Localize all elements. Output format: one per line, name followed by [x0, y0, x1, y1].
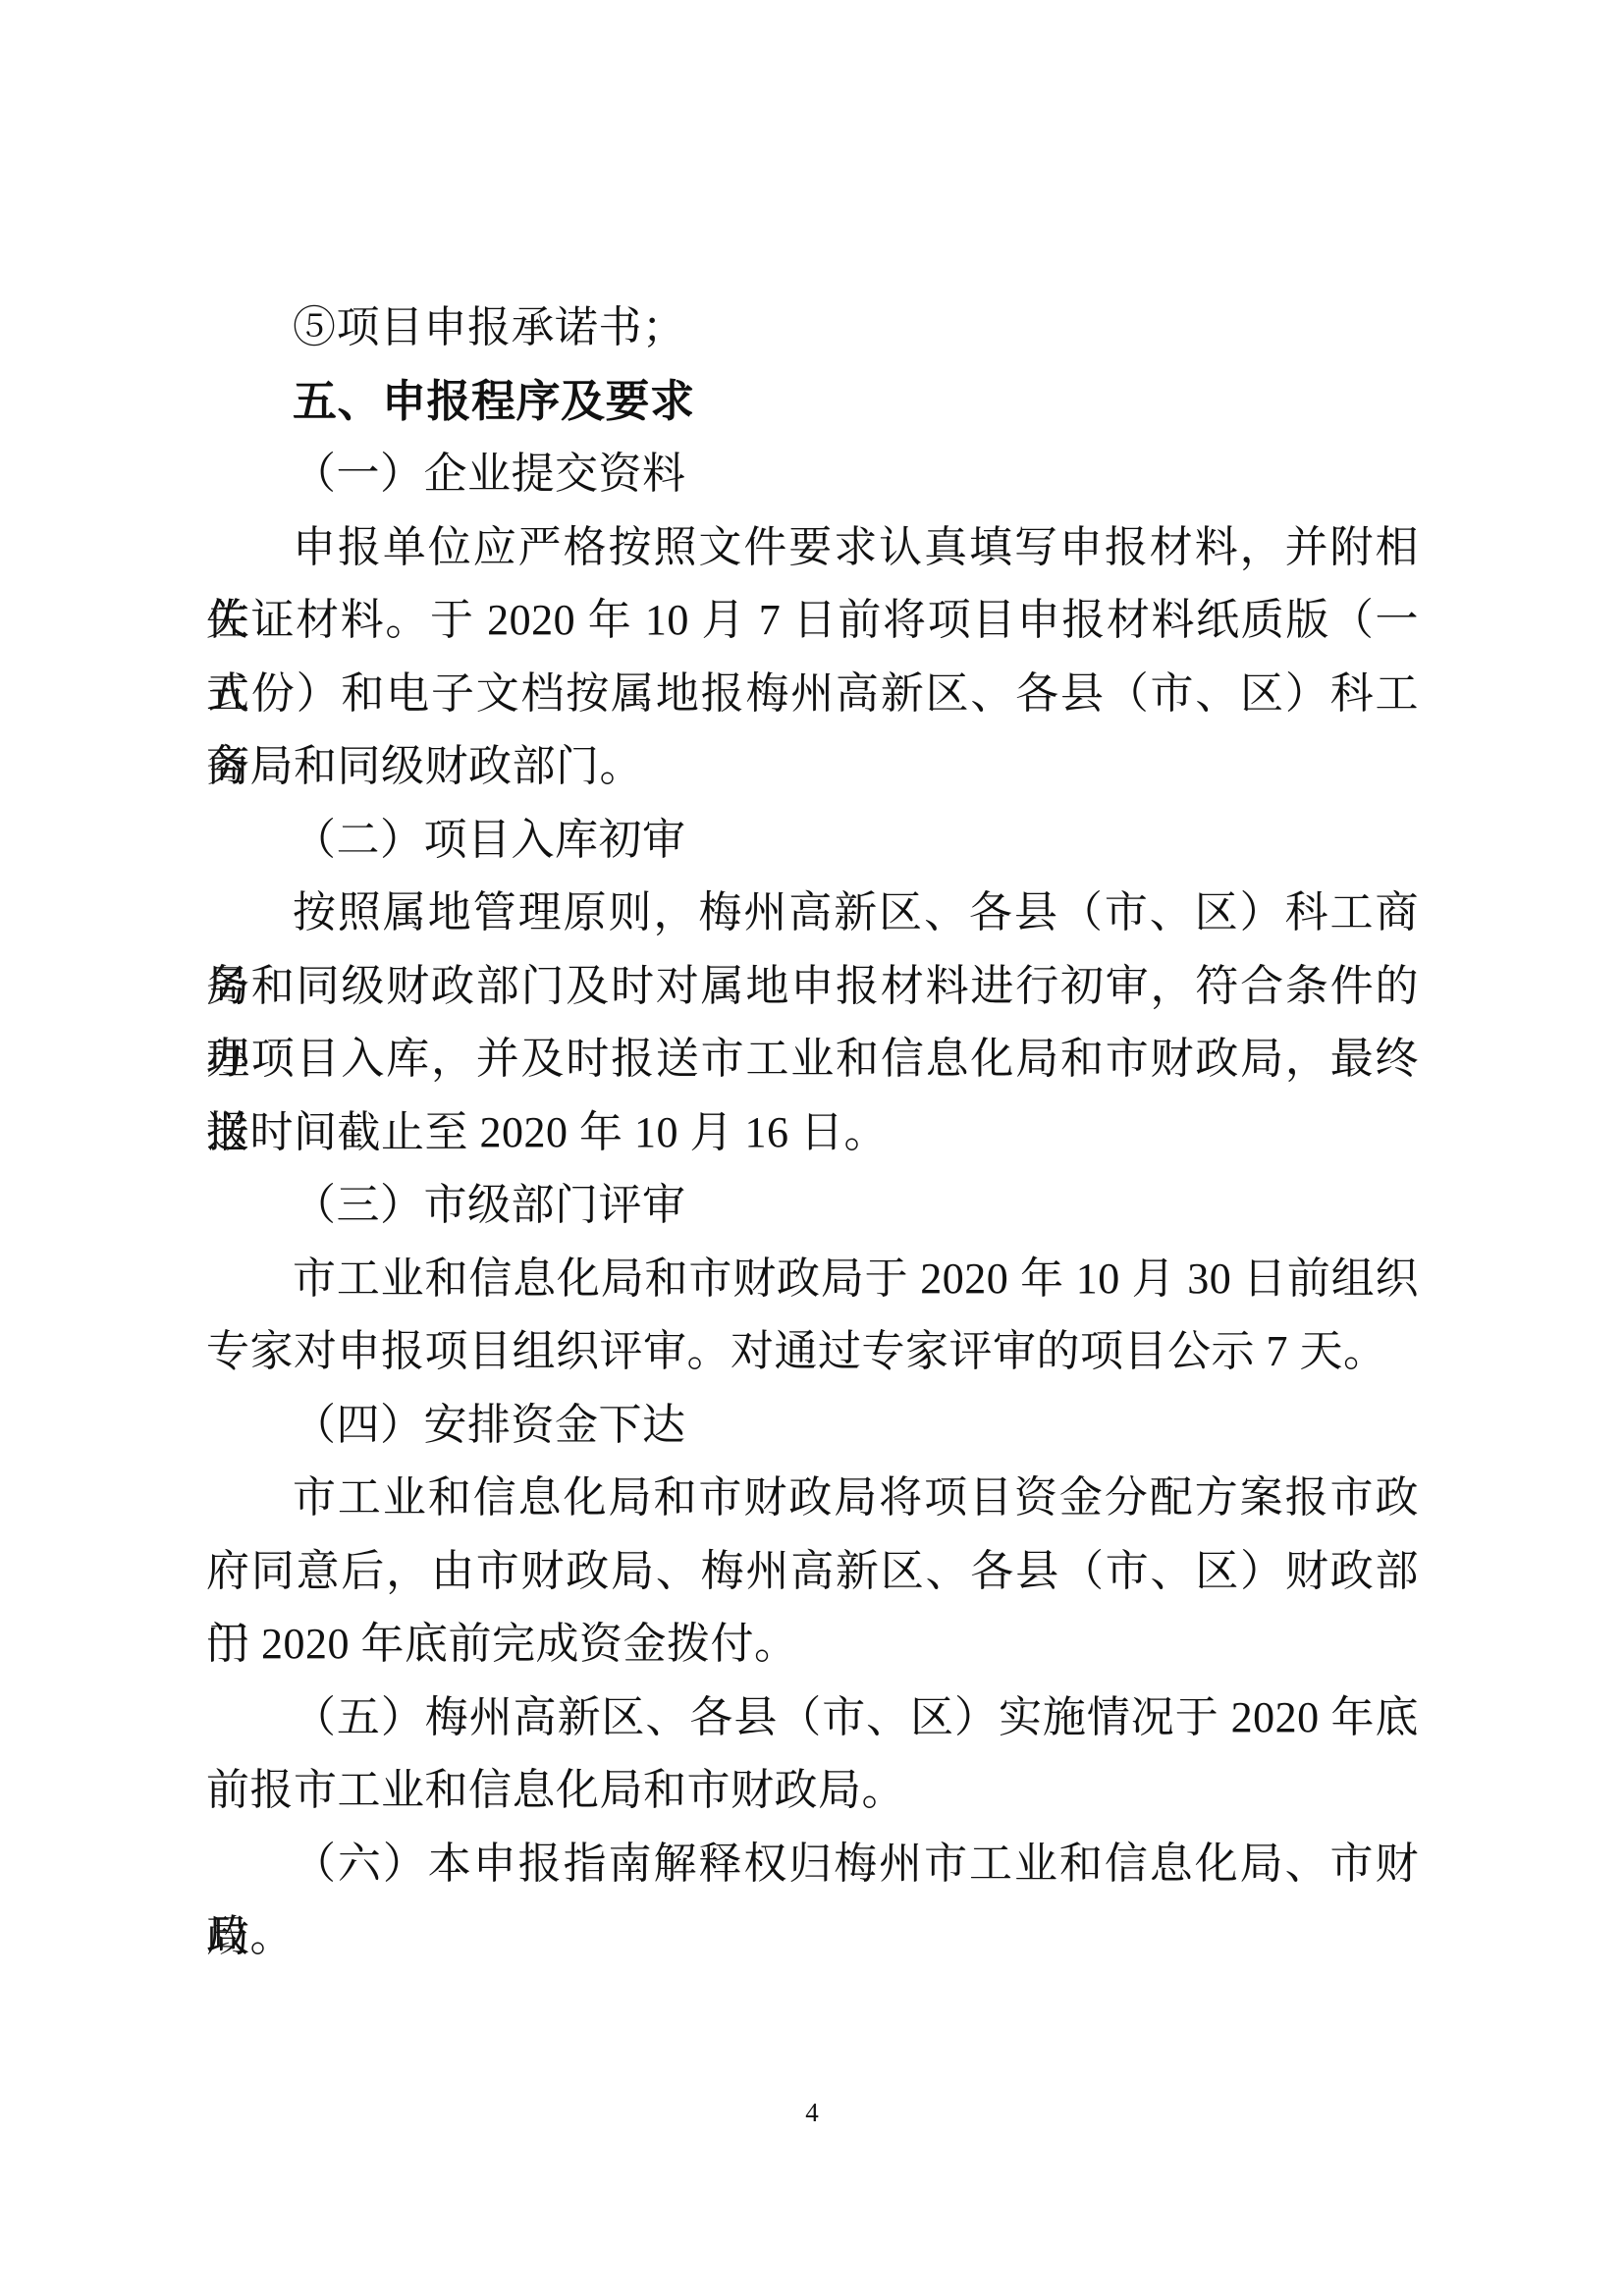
- text-line: 五份）和电子文档按属地报梅州高新区、各县（市、区）科工商: [206, 658, 1419, 731]
- document-page: ⑤项目申报承诺书；五、申报程序及要求（一）企业提交资料申报单位应严格按照文件要求…: [0, 0, 1624, 2296]
- text-line: 送时间截止至 2020 年 10 月 16 日。: [206, 1096, 1419, 1170]
- text-line: （六）本申报指南解释权归梅州市工业和信息化局、市财政: [206, 1828, 1419, 1901]
- text-lines: ⑤项目申报承诺书；五、申报程序及要求（一）企业提交资料申报单位应严格按照文件要求…: [206, 292, 1419, 1974]
- text-line: 专家对申报项目组织评审。对通过专家评审的项目公示 7 天。: [206, 1315, 1419, 1389]
- text-line: 理项目入库，并及时报送市工业和信息化局和市财政局，最终报: [206, 1023, 1419, 1096]
- page-footer: 4: [0, 2095, 1624, 2130]
- text-line: 市工业和信息化局和市财政局将项目资金分配方案报市政: [206, 1462, 1419, 1535]
- text-line: 府同意后，由市财政局、梅州高新区、各县（市、区）财政部门: [206, 1535, 1419, 1609]
- text-line: 于 2020 年底前完成资金拨付。: [206, 1608, 1419, 1682]
- text-line: （五）梅州高新区、各县（市、区）实施情况于 2020 年底: [206, 1682, 1419, 1755]
- subsection-heading: （三）市级部门评审: [206, 1169, 1419, 1243]
- text-line: ⑤项目申报承诺书；: [206, 292, 1419, 365]
- text-line: 局和同级财政部门及时对属地申报材料进行初审，符合条件的办: [206, 950, 1419, 1024]
- text-line: 务局和同级财政部门。: [206, 730, 1419, 804]
- text-line: 局。: [206, 1900, 1419, 1974]
- text-line: 前报市工业和信息化局和市财政局。: [206, 1754, 1419, 1828]
- page-number: 4: [805, 2098, 819, 2127]
- text-line: 申报单位应严格按照文件要求认真填写申报材料，并附相关: [206, 511, 1419, 585]
- text-line: 市工业和信息化局和市财政局于 2020 年 10 月 30 日前组织: [206, 1243, 1419, 1316]
- text-line: 佐证材料。于 2020 年 10 月 7 日前将项目申报材料纸质版（一式: [206, 584, 1419, 658]
- subsection-heading: （四）安排资金下达: [206, 1389, 1419, 1463]
- subsection-heading: （二）项目入库初审: [206, 804, 1419, 878]
- section-heading: 五、申报程序及要求: [206, 365, 1419, 439]
- subsection-heading: （一）企业提交资料: [206, 438, 1419, 511]
- text-line: 按照属地管理原则，梅州高新区、各县（市、区）科工商务: [206, 877, 1419, 950]
